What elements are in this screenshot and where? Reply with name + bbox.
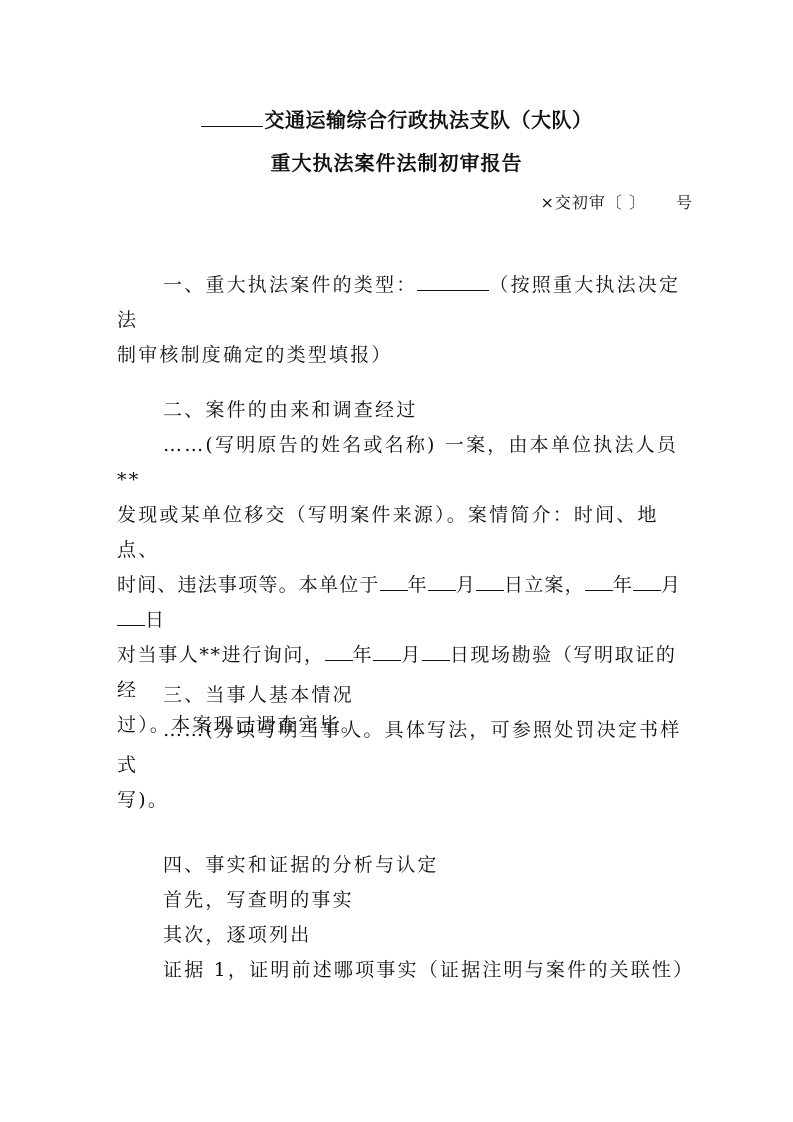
day-blank[interactable] <box>117 607 145 626</box>
section-2-line-2: 发现或某单位移交（写明案件来源）。案情简介：时间、地点、 <box>117 498 697 568</box>
section-3-line-1: ……(分项写明当事人。具体写法，可参照处罚决定书样式 <box>117 713 697 783</box>
text: 月 <box>401 644 422 666</box>
section-4-line-2: 其次，逐项列出 <box>117 918 697 953</box>
year-blank[interactable] <box>325 642 353 661</box>
text: 时间、违法事项等。本单位于 <box>117 574 380 596</box>
text: 年 <box>353 644 374 666</box>
doc-number-suffix: 号 <box>676 193 693 212</box>
section-1-heading: 一、重大执法案件的类型：（按照重大执法决定法 <box>117 268 697 338</box>
text: 年 <box>408 574 428 596</box>
document-title: 重大执法案件法制初审报告 <box>0 147 793 176</box>
text: 对当事人**进行询问， <box>117 644 325 666</box>
section-1-heading-text: 一、重大执法案件的类型： <box>163 274 417 296</box>
org-title-text: 交通运输综合行政执法支队（大队） <box>265 108 593 132</box>
section-4-line-3: 证据 1，证明前述哪项事实（证据注明与案件的关联性） <box>117 953 697 988</box>
text: 年 <box>613 574 633 596</box>
section-4-heading: 四、事实和证据的分析与认定 <box>117 848 697 883</box>
month-blank[interactable] <box>428 572 456 591</box>
section-4-line-1: 首先，写查明的事实 <box>117 883 697 918</box>
year-blank[interactable] <box>380 572 408 591</box>
section-2-line-3: 时间、违法事项等。本单位于年月日立案，年月日 <box>117 568 697 638</box>
section-1: 一、重大执法案件的类型：（按照重大执法决定法 制审核制度确定的类型填报） <box>117 268 697 373</box>
month-blank[interactable] <box>373 642 401 661</box>
section-3-line-2: 写)。 <box>117 783 697 818</box>
case-type-blank[interactable] <box>417 272 489 291</box>
year-blank[interactable] <box>585 572 613 591</box>
text: 日立案， <box>504 574 585 596</box>
document-number: ×交初审〔 〕号 <box>540 190 693 213</box>
day-blank[interactable] <box>422 642 450 661</box>
section-3: 三、当事人基本情况 ……(分项写明当事人。具体写法，可参照处罚决定书样式 写)。 <box>117 678 697 818</box>
document-page: 交通运输综合行政执法支队（大队） 重大执法案件法制初审报告 ×交初审〔 〕号 一… <box>0 0 793 1122</box>
day-blank[interactable] <box>476 572 504 591</box>
section-4: 四、事实和证据的分析与认定 首先，写查明的事实 其次，逐项列出 证据 1，证明前… <box>117 848 697 988</box>
org-name-blank[interactable] <box>201 106 263 127</box>
text: 月 <box>661 574 681 596</box>
section-2-heading: 二、案件的由来和调查经过 <box>117 393 697 428</box>
text: 月 <box>456 574 476 596</box>
document-title-org: 交通运输综合行政执法支队（大队） <box>0 104 793 133</box>
text: 日 <box>145 609 165 631</box>
doc-number-prefix: ×交初审〔 〕 <box>540 193 646 212</box>
section-1-continuation: 制审核制度确定的类型填报） <box>117 338 697 373</box>
month-blank[interactable] <box>633 572 661 591</box>
section-2-line-1: ……(写明原告的姓名或名称) 一案，由本单位执法人员** <box>117 428 697 498</box>
section-3-heading: 三、当事人基本情况 <box>117 678 697 713</box>
